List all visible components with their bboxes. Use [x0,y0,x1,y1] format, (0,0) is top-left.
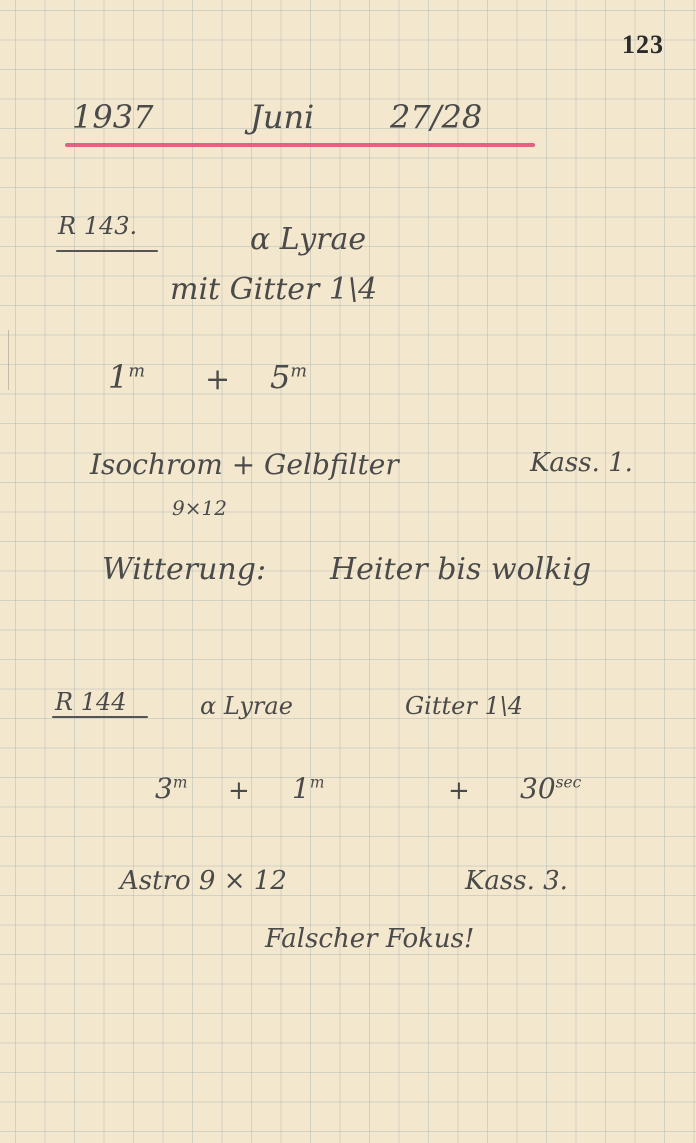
exposure-1: 3m [155,772,187,805]
exposure-plus: + [205,362,230,397]
header-year: 1937 [72,98,153,136]
header-month: Juni [250,98,314,136]
red-underline [65,143,535,147]
entry-plate-size: 9×12 [172,496,227,520]
weather-value: Heiter bis wolkig [330,552,591,587]
entry-object: α Lyrae [200,692,293,720]
exposure-2: 5m [270,358,307,396]
page-number: 123 [622,30,664,60]
exposure-1: 1m [108,358,145,396]
entry-plate: Astro 9 × 12 [120,866,287,896]
page-edge-mark [8,330,9,390]
entry-id: R 144 [55,688,127,716]
exposure-plus: + [228,776,250,806]
header-days: 27/28 [390,98,482,136]
entry-note: Falscher Fokus! [265,924,474,954]
exposure-3: 30sec [520,772,581,805]
exposure-plus: + [448,776,470,806]
entry-id: R 143. [58,212,137,240]
entry-instrument: Gitter 1\4 [405,692,523,720]
entry-cassette: Kass. 3. [465,866,568,896]
notebook-page: 123 1937 Juni 27/28 R 143. α Lyrae mit G… [0,0,696,1143]
exposure-2: 1m [292,772,324,805]
entry-object: α Lyrae [250,222,366,257]
weather-label: Witterung: [102,552,266,587]
entry-id-underline [52,716,148,718]
entry-instrument: mit Gitter 1\4 [170,272,377,307]
entry-id-underline [56,250,158,252]
entry-cassette: Kass. 1. [530,448,633,478]
entry-plate: Isochrom + Gelbfilter [90,448,399,481]
